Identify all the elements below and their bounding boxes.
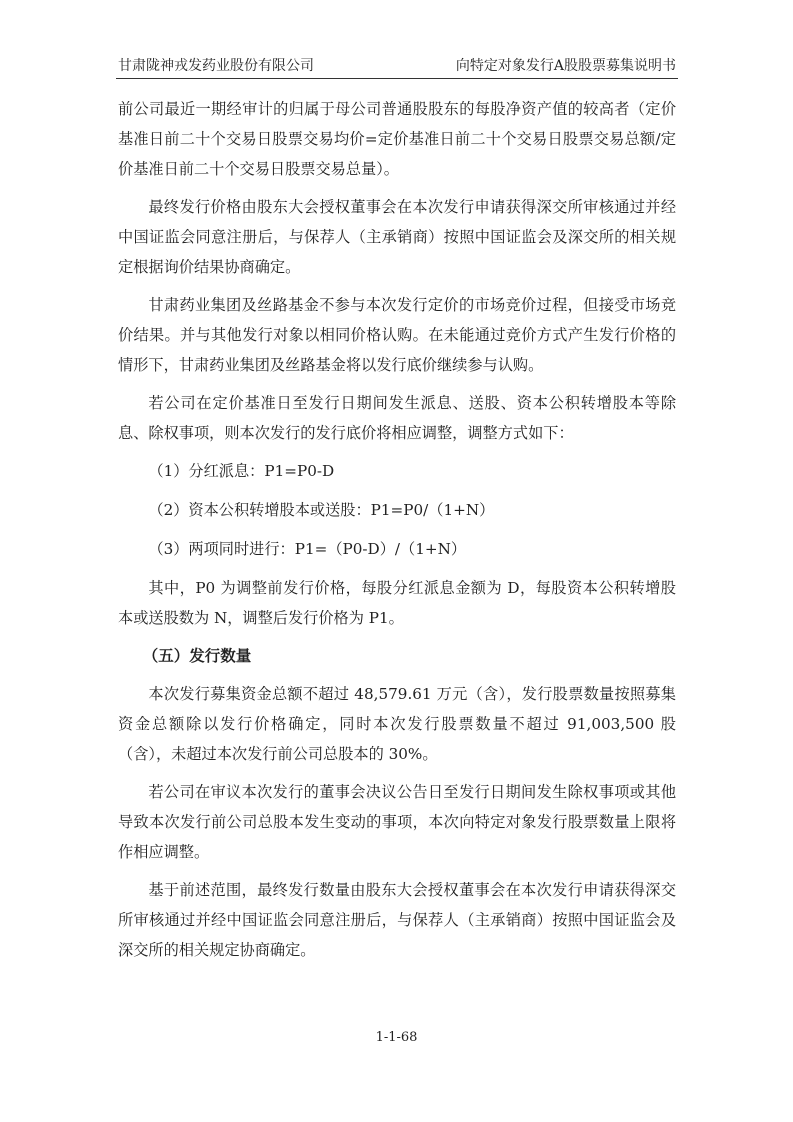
page-number: 1-1-68	[0, 1030, 793, 1045]
paragraph-price-adjustment: 若公司在定价基准日至发行日期间发生派息、送股、资本公积转增股本等除息、除权事项，…	[118, 388, 676, 448]
document-title: 向特定对象发行A股股票募集说明书	[456, 56, 676, 76]
page-header: 甘肃陇神戎发药业股份有限公司 向特定对象发行A股股票募集说明书	[116, 56, 678, 79]
section-heading: （五）发行数量	[118, 641, 676, 671]
paragraph-continued: 前公司最近一期经审计的归属于母公司普通股股东的每股净资产值的较高者（定价基准日前…	[118, 94, 676, 184]
paragraph-final-price: 最终发行价格由股东大会授权董事会在本次发行申请获得深交所审核通过并经中国证监会同…	[118, 192, 676, 282]
paragraph-final-quantity: 基于前述范围，最终发行数量由股东大会授权董事会在本次发行申请获得深交所审核通过并…	[118, 875, 676, 965]
formula-combined: （3）两项同时进行：P1=（P0-D）/（1+N）	[118, 534, 676, 564]
formula-bonus-shares: （2）资本公积转增股本或送股：P1=P0/（1+N）	[118, 495, 676, 525]
formula-note: 其中，P0 为调整前发行价格，每股分红派息金额为 D，每股资本公积转增股本或送股…	[118, 573, 676, 633]
paragraph-issue-amount: 本次发行募集资金总额不超过 48,579.61 万元（含），发行股票数量按照募集…	[118, 679, 676, 769]
paragraph-share-adjustment: 若公司在审议本次发行的董事会决议公告日至发行日期间发生除权事项或其他导致本次发行…	[118, 777, 676, 867]
page-body: 前公司最近一期经审计的归属于母公司普通股股东的每股净资产值的较高者（定价基准日前…	[118, 94, 676, 973]
company-name: 甘肃陇神戎发药业股份有限公司	[118, 56, 314, 76]
formula-dividend: （1）分红派息：P1=P0-D	[118, 456, 676, 486]
paragraph-subscription: 甘肃药业集团及丝路基金不参与本次发行定价的市场竞价过程，但接受市场竞价结果。并与…	[118, 290, 676, 380]
